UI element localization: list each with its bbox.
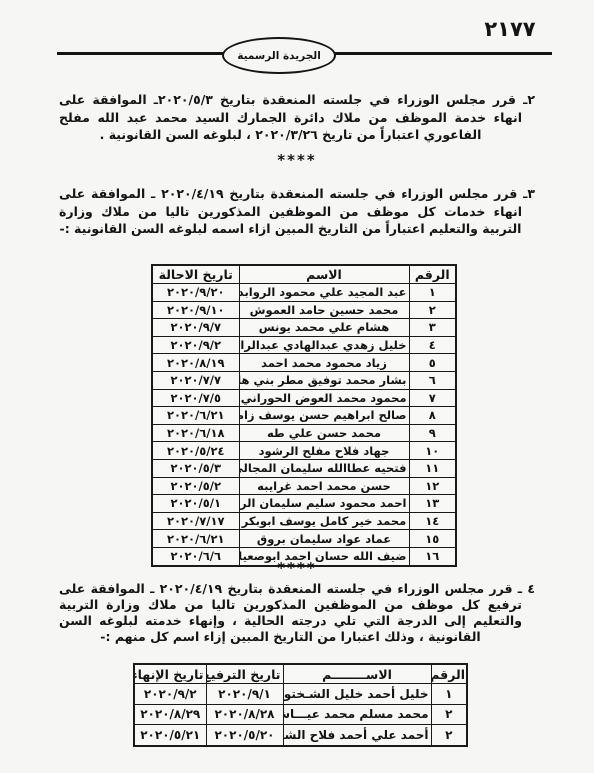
masthead-oval: الجريدة الرسمية — [222, 37, 336, 74]
referral-date: ٢٠٢٠/٥/٢ — [152, 477, 239, 495]
promotion-header-termination-date: تاريخ الإنهاء — [134, 664, 206, 684]
table-row: ٢أحمد علي أحمد فلاح الشـرع٢٠٢٠/٥/٢٠٢٠٢٠/… — [134, 725, 467, 746]
table-row: ٤خليل زهدي عبدالهادي عبدالرازق٢٠٢٠/٩/٢ — [152, 336, 456, 354]
row-number: ٤ — [409, 336, 456, 354]
referral-date: ٢٠٢٠/٩/٢ — [152, 336, 239, 354]
promotion-header-number: الرقم — [431, 664, 467, 684]
row-number: ٢ — [431, 725, 467, 746]
table-row: ١٥عماد عواد سليمان بروق٢٠٢٠/٦/٢١ — [152, 530, 456, 548]
table-row: ٢محمد حسين حامد العموش٢٠٢٠/٩/١٠ — [152, 301, 456, 319]
referral-date: ٢٠٢٠/٥/١ — [152, 495, 239, 513]
employee-name: حسن محمد احمد غرايبه — [239, 477, 409, 495]
stars-separator-2: **** — [0, 559, 594, 577]
row-number: ١٢ — [409, 477, 456, 495]
row-number: ٦ — [409, 371, 456, 389]
clause-2-text: ٢ـ قرر مجلس الوزراء في جلسته المنعقدة بت… — [59, 91, 535, 144]
table-row: ٨صالح ابراهيم حسن يوسف زامل٢٠٢٠/٦/٢١ — [152, 407, 456, 425]
employee-name: عبد المجيد علي محمود الروابده — [239, 284, 409, 302]
table-row: ١٤محمد خير كامل يوسف ابوبكر٢٠٢٠/٧/١٧ — [152, 512, 456, 530]
table-row: ٣هشام علي محمد يونس٢٠٢٠/٩/٧ — [152, 319, 456, 337]
referral-date: ٢٠٢٠/٦/١٨ — [152, 424, 239, 442]
retirement-table: الرقم الاسم تاريخ الاحالة ١عبد المجيد عل… — [151, 264, 457, 567]
clause-2: ٢ـ قرر مجلس الوزراء في جلسته المنعقدة بت… — [59, 91, 535, 144]
employee-name: جهاد فلاح مفلح الرشود — [239, 442, 409, 460]
table-row: ٢محمد مسلم محمد عيـــاش٢٠٢٠/٨/٢٨٢٠٢٠/٨/٢… — [134, 704, 467, 725]
table-row: ١عبد المجيد علي محمود الروابده٢٠٢٠/٩/٢٠ — [152, 284, 456, 302]
row-number: ٣ — [409, 319, 456, 337]
row-number: ٧ — [409, 389, 456, 407]
table-row: ١٣احمد محمود سليم سليمان الروسان٢٠٢٠/٥/١ — [152, 495, 456, 513]
termination-date: ٢٠٢٠/٩/٢ — [134, 684, 206, 705]
referral-date: ٢٠٢٠/٩/٢٠ — [152, 284, 239, 302]
row-number: ٢ — [431, 704, 467, 725]
referral-date: ٢٠٢٠/٧/٧ — [152, 371, 239, 389]
retirement-table-header-row: الرقم الاسم تاريخ الاحالة — [152, 265, 456, 284]
row-number: ١١ — [409, 459, 456, 477]
employee-name: محمد حسين حامد العموش — [239, 301, 409, 319]
row-number: ١ — [431, 684, 467, 705]
employee-name: أحمد علي أحمد فلاح الشـرع — [283, 725, 431, 746]
employee-name: محمد مسلم محمد عيـــاش — [283, 704, 431, 725]
table-row: ٥زياد محمود محمد احمد٢٠٢٠/٨/١٩ — [152, 354, 456, 372]
table-row: ١٢حسن محمد احمد غرايبه٢٠٢٠/٥/٢ — [152, 477, 456, 495]
employee-name: محمود محمد العوض الحوراني — [239, 389, 409, 407]
row-number: ١ — [409, 284, 456, 302]
stars-separator-1: **** — [0, 151, 594, 169]
referral-date: ٢٠٢٠/٥/٣ — [152, 459, 239, 477]
page-number: ٢١٧٧ — [476, 17, 544, 41]
clause-4: ٤ ـ قرر مجلس الوزراء في جلسته المنعقدة ب… — [59, 581, 535, 645]
referral-date: ٢٠٢٠/٧/١٧ — [152, 512, 239, 530]
employee-name: خليل أحمد خليل الشـختوري — [283, 684, 431, 705]
row-number: ٩ — [409, 424, 456, 442]
employee-name: صالح ابراهيم حسن يوسف زامل — [239, 407, 409, 425]
table-row: ٧محمود محمد العوض الحوراني٢٠٢٠/٧/٥ — [152, 389, 456, 407]
promotion-date: ٢٠٢٠/٥/٢٠ — [206, 725, 283, 746]
promotion-date: ٢٠٢٠/٩/١ — [206, 684, 283, 705]
row-number: ٨ — [409, 407, 456, 425]
referral-date: ٢٠٢٠/٩/٧ — [152, 319, 239, 337]
promotion-date: ٢٠٢٠/٨/٢٨ — [206, 704, 283, 725]
row-number: ١٥ — [409, 530, 456, 548]
referral-date: ٢٠٢٠/٥/٢٤ — [152, 442, 239, 460]
referral-date: ٢٠٢٠/٨/١٩ — [152, 354, 239, 372]
termination-date: ٢٠٢٠/٥/٢١ — [134, 725, 206, 746]
employee-name: بشار محمد توفيق مطر بني هاني — [239, 371, 409, 389]
table-row: ١خليل أحمد خليل الشـختوري٢٠٢٠/٩/١٢٠٢٠/٩/… — [134, 684, 467, 705]
referral-date: ٢٠٢٠/٦/٢١ — [152, 530, 239, 548]
row-number: ٥ — [409, 354, 456, 372]
table-row: ١١فتحيه عطاالله سليمان المجالي٢٠٢٠/٥/٣ — [152, 459, 456, 477]
employee-name: فتحيه عطاالله سليمان المجالي — [239, 459, 409, 477]
table-row: ١٠جهاد فلاح مفلح الرشود٢٠٢٠/٥/٢٤ — [152, 442, 456, 460]
row-number: ١٠ — [409, 442, 456, 460]
table-row: ٩محمد حسن علي طه٢٠٢٠/٦/١٨ — [152, 424, 456, 442]
employee-name: زياد محمود محمد احمد — [239, 354, 409, 372]
termination-date: ٢٠٢٠/٨/٢٩ — [134, 704, 206, 725]
referral-date: ٢٠٢٠/٦/٢١ — [152, 407, 239, 425]
row-number: ١٤ — [409, 512, 456, 530]
promotion-table: الرقم الاســــــــم تاريخ الترفيع تاريخ … — [133, 663, 468, 747]
retirement-header-number: الرقم — [409, 265, 456, 284]
promotion-header-name: الاســــــــم — [283, 664, 431, 684]
employee-name: هشام علي محمد يونس — [239, 319, 409, 337]
masthead-title: الجريدة الرسمية — [237, 50, 321, 62]
retirement-header-referral-date: تاريخ الاحالة — [152, 265, 239, 284]
referral-date: ٢٠٢٠/٧/٥ — [152, 389, 239, 407]
promotion-table-header-row: الرقم الاســــــــم تاريخ الترفيع تاريخ … — [134, 664, 467, 684]
table-row: ٦بشار محمد توفيق مطر بني هاني٢٠٢٠/٧/٧ — [152, 371, 456, 389]
row-number: ١٣ — [409, 495, 456, 513]
employee-name: احمد محمود سليم سليمان الروسان — [239, 495, 409, 513]
retirement-header-name: الاسم — [239, 265, 409, 284]
referral-date: ٢٠٢٠/٩/١٠ — [152, 301, 239, 319]
gazette-page: ٢١٧٧ الجريدة الرسمية ٢ـ قرر مجلس الوزراء… — [0, 0, 594, 773]
clause-3-text: ٣ـ قرر مجلس الوزراء في جلسته المنعقدة بت… — [59, 185, 535, 238]
clause-3: ٣ـ قرر مجلس الوزراء في جلسته المنعقدة بت… — [59, 185, 535, 238]
employee-name: محمد حسن علي طه — [239, 424, 409, 442]
promotion-header-promotion-date: تاريخ الترفيع — [206, 664, 283, 684]
row-number: ٢ — [409, 301, 456, 319]
clause-4-text: ٤ ـ قرر مجلس الوزراء في جلسته المنعقدة ب… — [59, 581, 535, 645]
employee-name: خليل زهدي عبدالهادي عبدالرازق — [239, 336, 409, 354]
employee-name: محمد خير كامل يوسف ابوبكر — [239, 512, 409, 530]
employee-name: عماد عواد سليمان بروق — [239, 530, 409, 548]
